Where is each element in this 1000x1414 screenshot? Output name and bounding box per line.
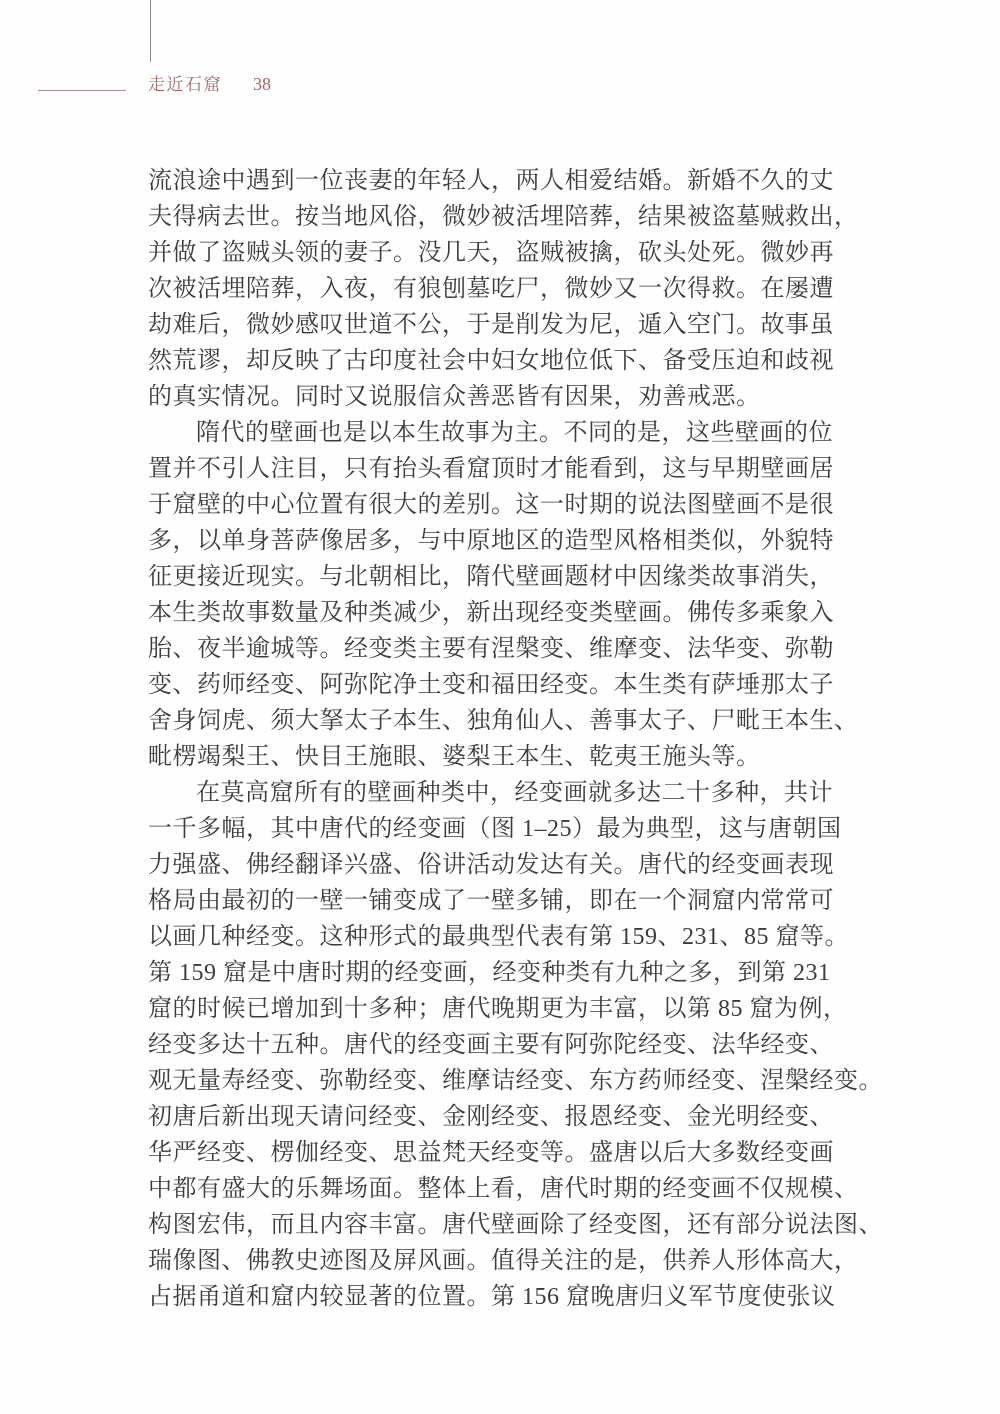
- body-line: 征更接近现实。与北朝相比，隋代壁画题材中因缘类故事消失，: [148, 559, 822, 595]
- body-line: 并做了盗贼头领的妻子。没几天，盗贼被擒，砍头处死。微妙再: [148, 235, 822, 271]
- body-line: 占据甬道和窟内较显著的位置。第 156 窟晚唐归义军节度使张议: [148, 1279, 822, 1315]
- body-line: 经变多达十五种。唐代的经变画主要有阿弥陀经变、法华经变、: [148, 1027, 822, 1063]
- top-vertical-rule: [150, 0, 151, 62]
- body-line: 流浪途中遇到一位丧妻的年轻人，两人相爱结婚。新婚不久的丈: [148, 163, 822, 199]
- body-line: 于窟壁的中心位置有很大的差别。这一时期的说法图壁画不是很: [148, 487, 822, 523]
- body-line: 初唐后新出现天请问经变、金刚经变、报恩经变、金光明经变、: [148, 1099, 822, 1135]
- body-line: 然荒谬，却反映了古印度社会中妇女地位低下、备受压迫和歧视: [148, 343, 822, 379]
- book-page: 走近石窟 38 流浪途中遇到一位丧妻的年轻人，两人相爱结婚。新婚不久的丈夫得病去…: [0, 0, 1000, 1414]
- body-line: 瑞像图、佛教史迹图及屏风画。值得关注的是，供养人形体高大，: [148, 1243, 822, 1279]
- body-line: 本生类故事数量及种类减少，新出现经变类壁画。佛传多乘象入: [148, 595, 822, 631]
- body-line: 以画几种经变。这种形式的最典型代表有第 159、231、85 窟等。: [148, 919, 822, 955]
- body-line: 第 159 窟是中唐时期的经变画，经变种类有九种之多，到第 231: [148, 955, 822, 991]
- body-line: 中都有盛大的乐舞场面。整体上看，唐代时期的经变画不仅规模、: [148, 1171, 822, 1207]
- body-line: 格局由最初的一壁一铺变成了一壁多铺，即在一个洞窟内常常可: [148, 883, 822, 919]
- page-number: 38: [253, 74, 271, 94]
- body-text: 流浪途中遇到一位丧妻的年轻人，两人相爱结婚。新婚不久的丈夫得病去世。按当地风俗，…: [148, 163, 822, 1315]
- body-line: 劫难后，微妙感叹世道不公，于是削发为尼，遁入空门。故事虽: [148, 307, 822, 343]
- body-line: 一千多幅，其中唐代的经变画（图 1–25）最为典型，这与唐朝国: [148, 811, 822, 847]
- body-line: 多，以单身菩萨像居多，与中原地区的造型风格相类似，外貌特: [148, 523, 822, 559]
- header-left-rule: [38, 90, 126, 91]
- body-line: 次被活埋陪葬，入夜，有狼刨墓吃尸，微妙又一次得救。在屡遭: [148, 271, 822, 307]
- running-head-title: 走近石窟: [148, 75, 222, 95]
- body-line: 置并不引人注目，只有抬头看窟顶时才能看到，这与早期壁画居: [148, 451, 822, 487]
- body-line: 毗楞竭梨王、快目王施眼、婆梨王本生、乾夷王施头等。: [148, 739, 822, 775]
- body-line: 窟的时候已增加到十多种；唐代晚期更为丰富，以第 85 窟为例，: [148, 991, 822, 1027]
- body-line: 隋代的壁画也是以本生故事为主。不同的是，这些壁画的位: [148, 415, 822, 451]
- body-line: 胎、夜半逾城等。经变类主要有涅槃变、维摩变、法华变、弥勒: [148, 631, 822, 667]
- body-line: 变、药师经变、阿弥陀净土变和福田经变。本生类有萨埵那太子: [148, 667, 822, 703]
- body-line: 在莫高窟所有的壁画种类中，经变画就多达二十多种，共计: [148, 775, 822, 811]
- body-line: 舍身饲虎、须大拏太子本生、独角仙人、善事太子、尸毗王本生、: [148, 703, 822, 739]
- body-line: 夫得病去世。按当地风俗，微妙被活埋陪葬，结果被盗墓贼救出，: [148, 199, 822, 235]
- body-line: 的真实情况。同时又说服信众善恶皆有因果，劝善戒恶。: [148, 379, 822, 415]
- body-line: 构图宏伟，而且内容丰富。唐代壁画除了经变图，还有部分说法图、: [148, 1207, 822, 1243]
- body-line: 观无量寿经变、弥勒经变、维摩诘经变、东方药师经变、涅槃经变。: [148, 1063, 822, 1099]
- body-line: 力强盛、佛经翻译兴盛、俗讲活动发达有关。唐代的经变画表现: [148, 847, 822, 883]
- body-line: 华严经变、楞伽经变、思益梵天经变等。盛唐以后大多数经变画: [148, 1135, 822, 1171]
